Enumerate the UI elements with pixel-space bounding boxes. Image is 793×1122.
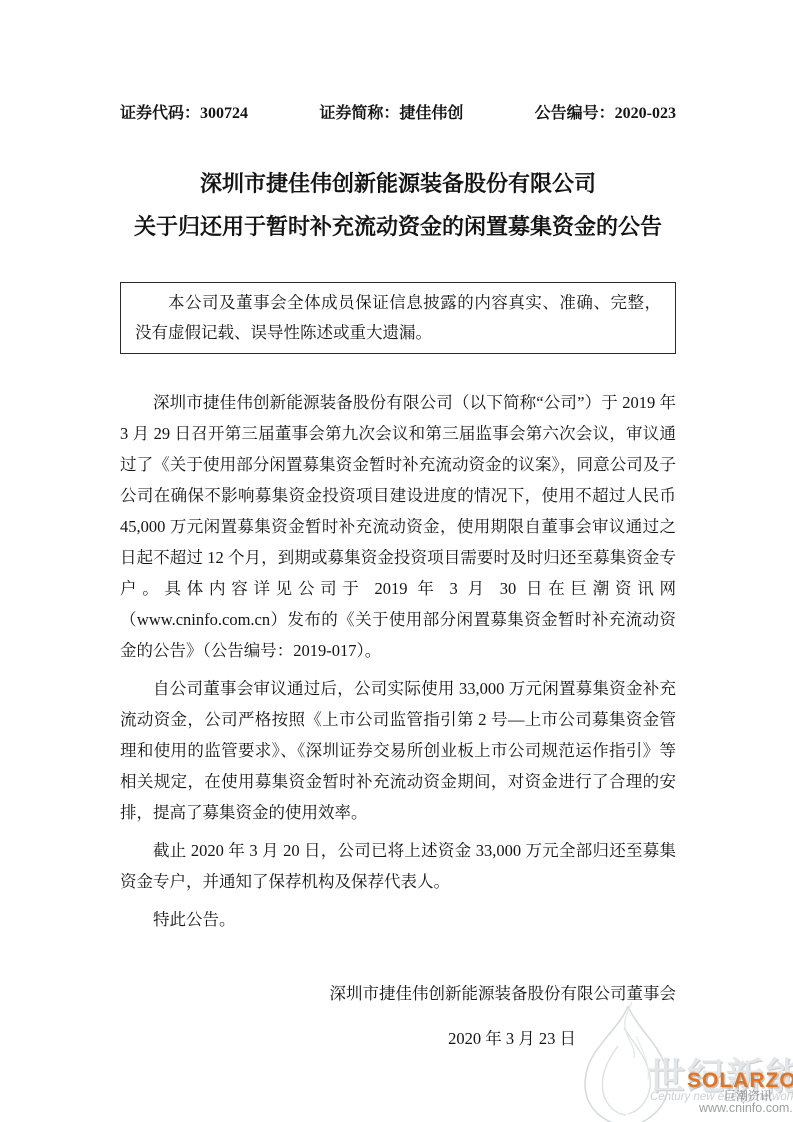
announcement-number: 公告编号：2020-023 bbox=[535, 100, 676, 123]
body-paragraph-3: 截止 2020 年 3 月 20 日，公司已将上述资金 33,000 万元全部归… bbox=[120, 835, 676, 897]
page-content: 证券代码：300724 证券简称：捷佳伟创 公告编号：2020-023 深圳市捷… bbox=[0, 0, 793, 1051]
signature-company: 深圳市捷佳伟创新能源装备股份有限公司董事会 bbox=[120, 981, 676, 1006]
stock-abbr: 证券简称：捷佳伟创 bbox=[319, 100, 463, 123]
signature-date: 2020 年 3 月 23 日 bbox=[120, 1026, 676, 1051]
announcement-page: 证券代码：300724 证券简称：捷佳伟创 公告编号：2020-023 深圳市捷… bbox=[0, 0, 793, 1122]
watermark-brand-logo: SOLARZOOM bbox=[687, 1069, 793, 1093]
disclosure-statement-box: 本公司及董事会全体成员保证信息披露的内容真实、准确、完整，没有虚假记载、误导性陈… bbox=[120, 282, 676, 354]
document-header: 证券代码：300724 证券简称：捷佳伟创 公告编号：2020-023 bbox=[120, 100, 676, 123]
watermark-source-label: 巨潮资讯 bbox=[724, 1087, 772, 1104]
body-paragraph-2: 自公司董事会审议通过后，公司实际使用 33,000 万元闲置募集资金补充流动资金… bbox=[120, 673, 676, 828]
body-paragraph-1: 深圳市捷佳伟创新能源装备股份有限公司（以下简称“公司”）于 2019 年 3 月… bbox=[120, 387, 676, 666]
watermark-url: www.cninfo.com.cn bbox=[699, 1101, 793, 1115]
announcement-body: 深圳市捷佳伟创新能源装备股份有限公司（以下简称“公司”）于 2019 年 3 月… bbox=[120, 387, 676, 935]
watermark-site-name-cn: 世纪新能源网 bbox=[648, 1046, 793, 1100]
company-title: 深圳市捷佳伟创新能源装备股份有限公司 bbox=[120, 170, 676, 198]
stock-code: 证券代码：300724 bbox=[120, 100, 248, 123]
watermark-site-name-en: Century new energy network bbox=[650, 1091, 793, 1103]
disclosure-statement-text: 本公司及董事会全体成员保证信息披露的内容真实、准确、完整，没有虚假记载、误导性陈… bbox=[135, 288, 661, 348]
announcement-title: 关于归还用于暂时补充流动资金的闲置募集资金的公告 bbox=[120, 213, 676, 241]
body-paragraph-closing: 特此公告。 bbox=[120, 904, 676, 935]
